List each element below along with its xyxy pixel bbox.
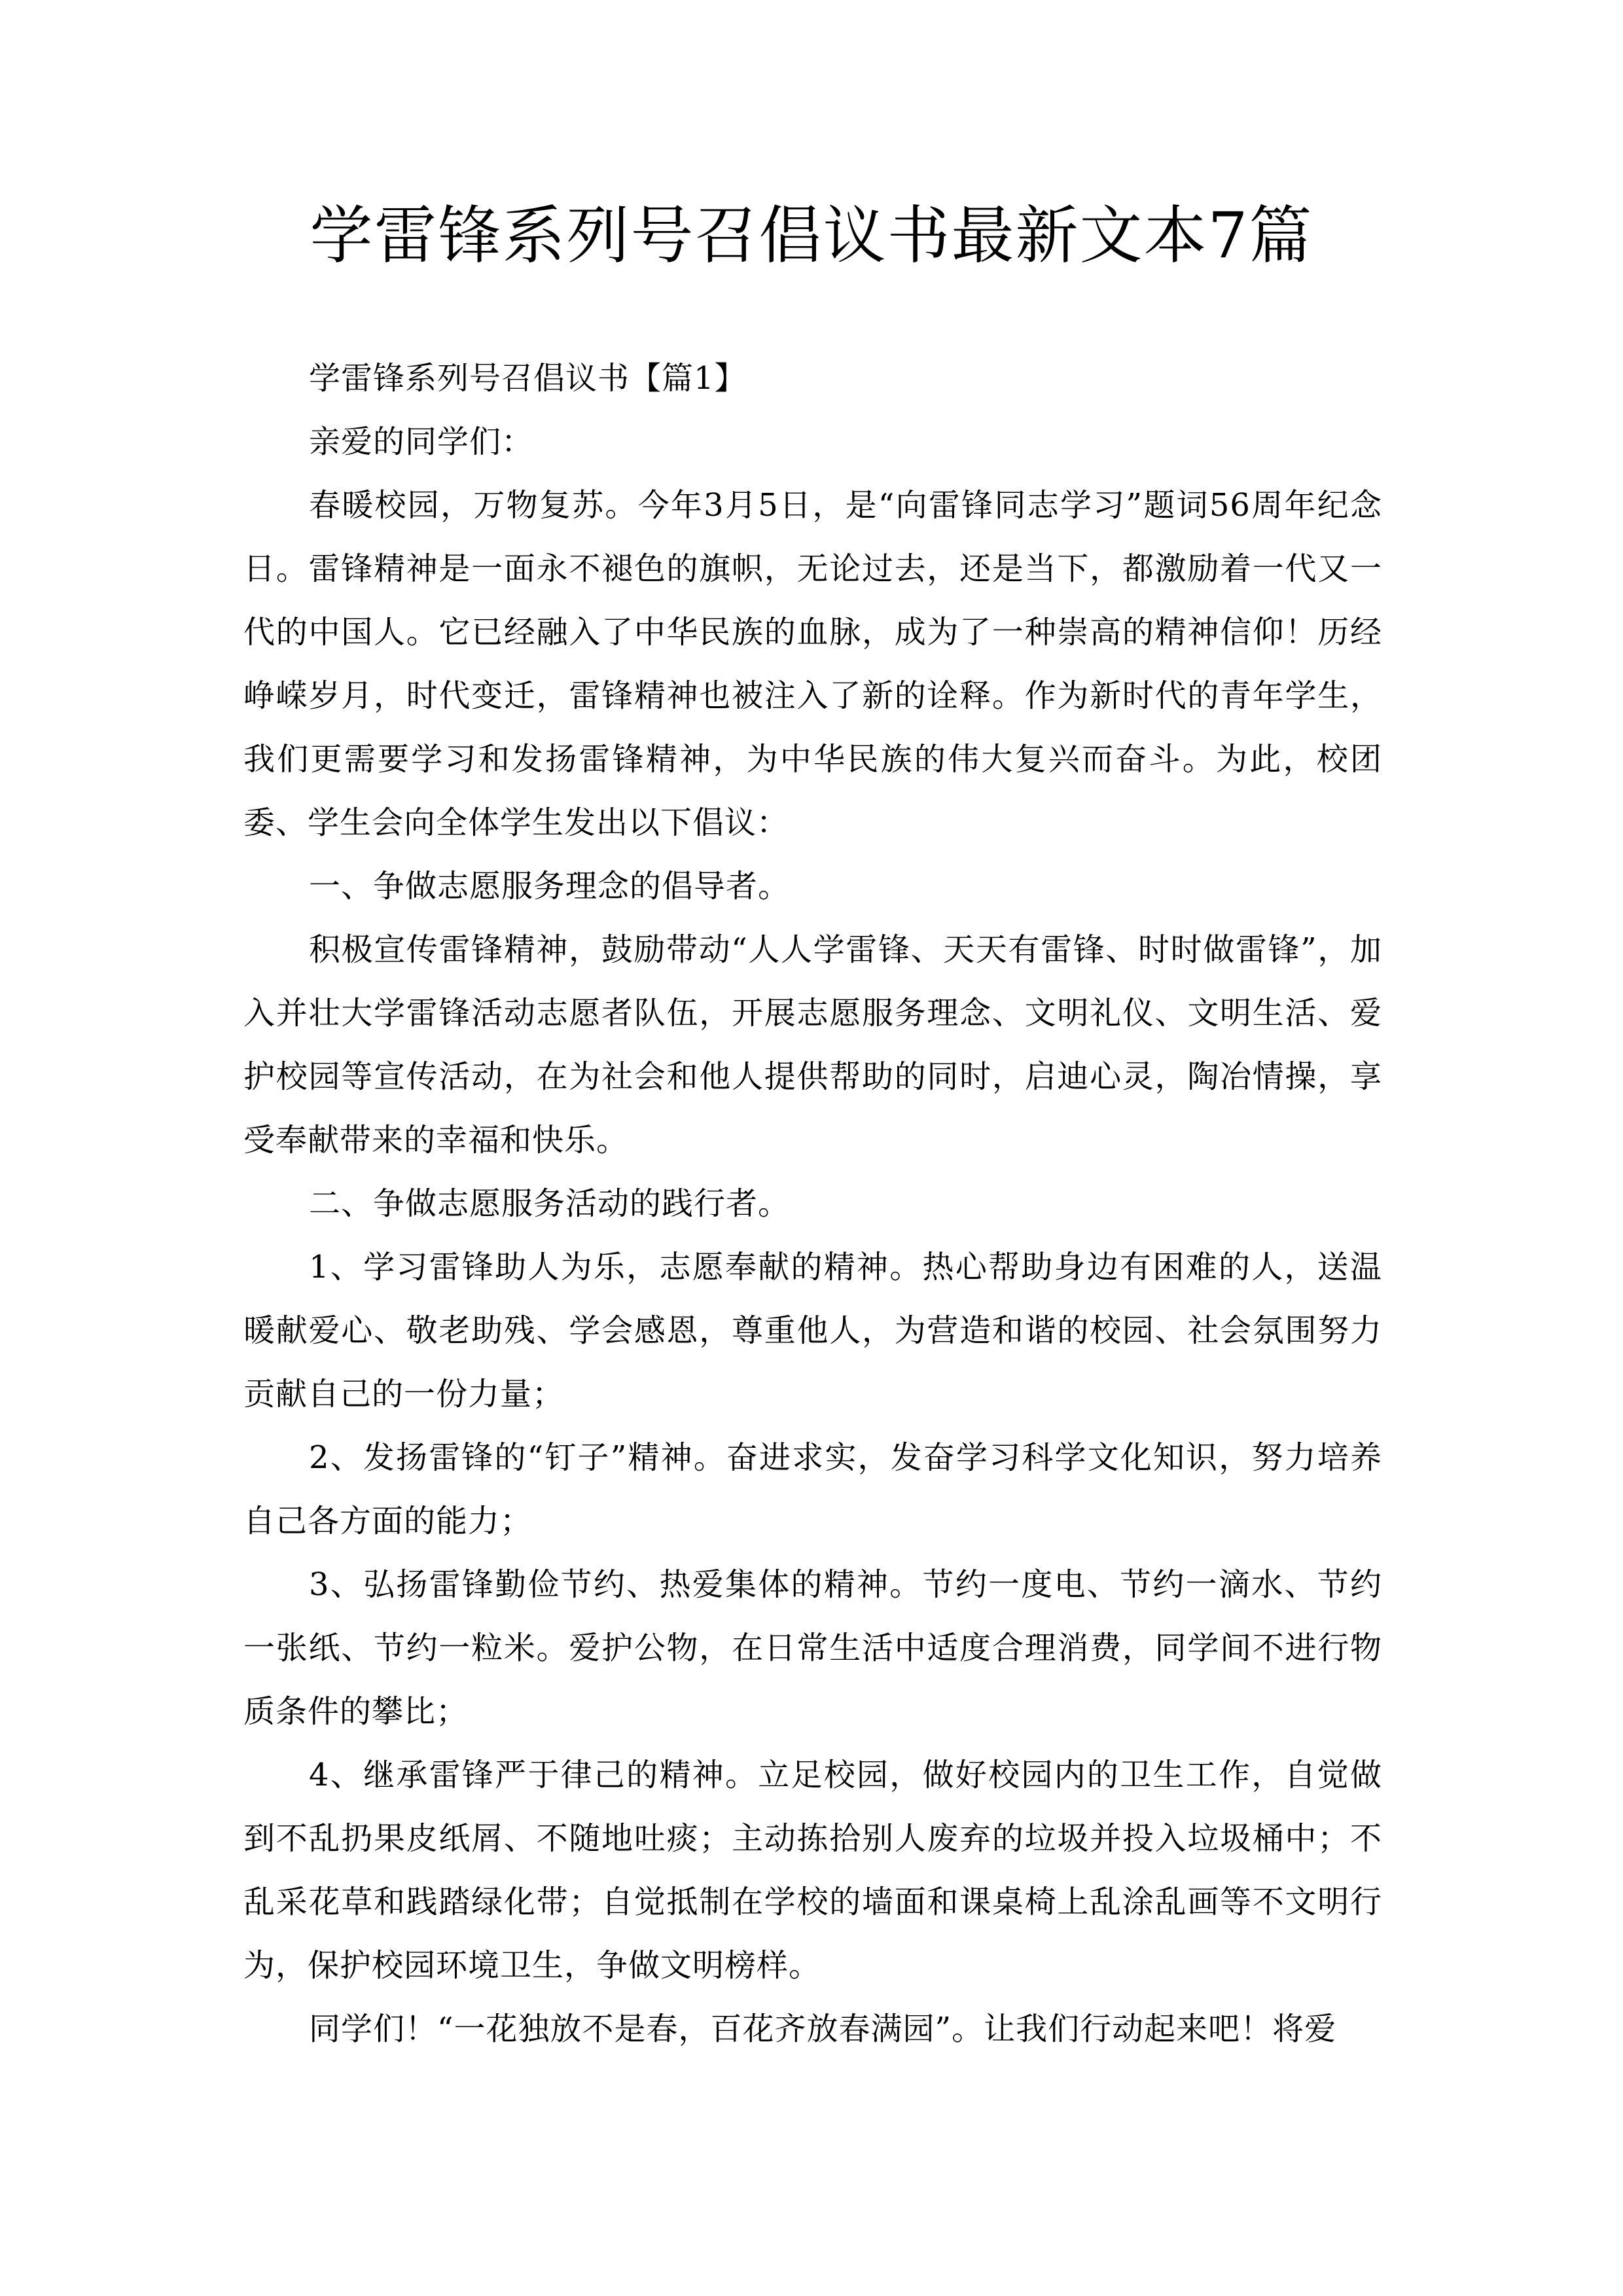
intro-paragraph: 春暖校园，万物复苏。今年3月5日，是“向雷锋同志学习”题词56周年纪念日。雷锋精… bbox=[243, 474, 1382, 855]
document-page: 学雷锋系列号召倡议书最新文本7篇 学雷锋系列号召倡议书【篇1】 亲爱的同学们： … bbox=[0, 0, 1623, 2296]
closing-paragraph: 同学们！“一花独放不是春，百花齐放春满园”。让我们行动起来吧！将爱 bbox=[243, 1998, 1382, 2061]
point-two-heading: 二、争做志愿服务活动的践行者。 bbox=[243, 1172, 1382, 1236]
item-2-paragraph: 2、发扬雷锋的“钉子”精神。奋进求实，发奋学习科学文化知识，努力培养自己各方面的… bbox=[243, 1426, 1382, 1553]
document-title: 学雷锋系列号召倡议书最新文本7篇 bbox=[0, 196, 1623, 275]
section-heading: 学雷锋系列号召倡议书【篇1】 bbox=[243, 347, 1382, 410]
point-one-paragraph: 积极宣传雷锋精神，鼓励带动“人人学雷锋、天天有雷锋、时时做雷锋”，加入并壮大学雷… bbox=[243, 918, 1382, 1172]
document-body: 学雷锋系列号召倡议书【篇1】 亲爱的同学们： 春暖校园，万物复苏。今年3月5日，… bbox=[243, 347, 1382, 2061]
salutation: 亲爱的同学们： bbox=[243, 410, 1382, 474]
item-1-paragraph: 1、学习雷锋助人为乐，志愿奉献的精神。热心帮助身边有困难的人，送温暖献爱心、敬老… bbox=[243, 1236, 1382, 1426]
point-one-heading: 一、争做志愿服务理念的倡导者。 bbox=[243, 855, 1382, 918]
item-4-paragraph: 4、继承雷锋严于律己的精神。立足校园，做好校园内的卫生工作，自觉做到不乱扔果皮纸… bbox=[243, 1744, 1382, 1998]
item-3-paragraph: 3、弘扬雷锋勤俭节约、热爱集体的精神。节约一度电、节约一滴水、节约一张纸、节约一… bbox=[243, 1553, 1382, 1744]
